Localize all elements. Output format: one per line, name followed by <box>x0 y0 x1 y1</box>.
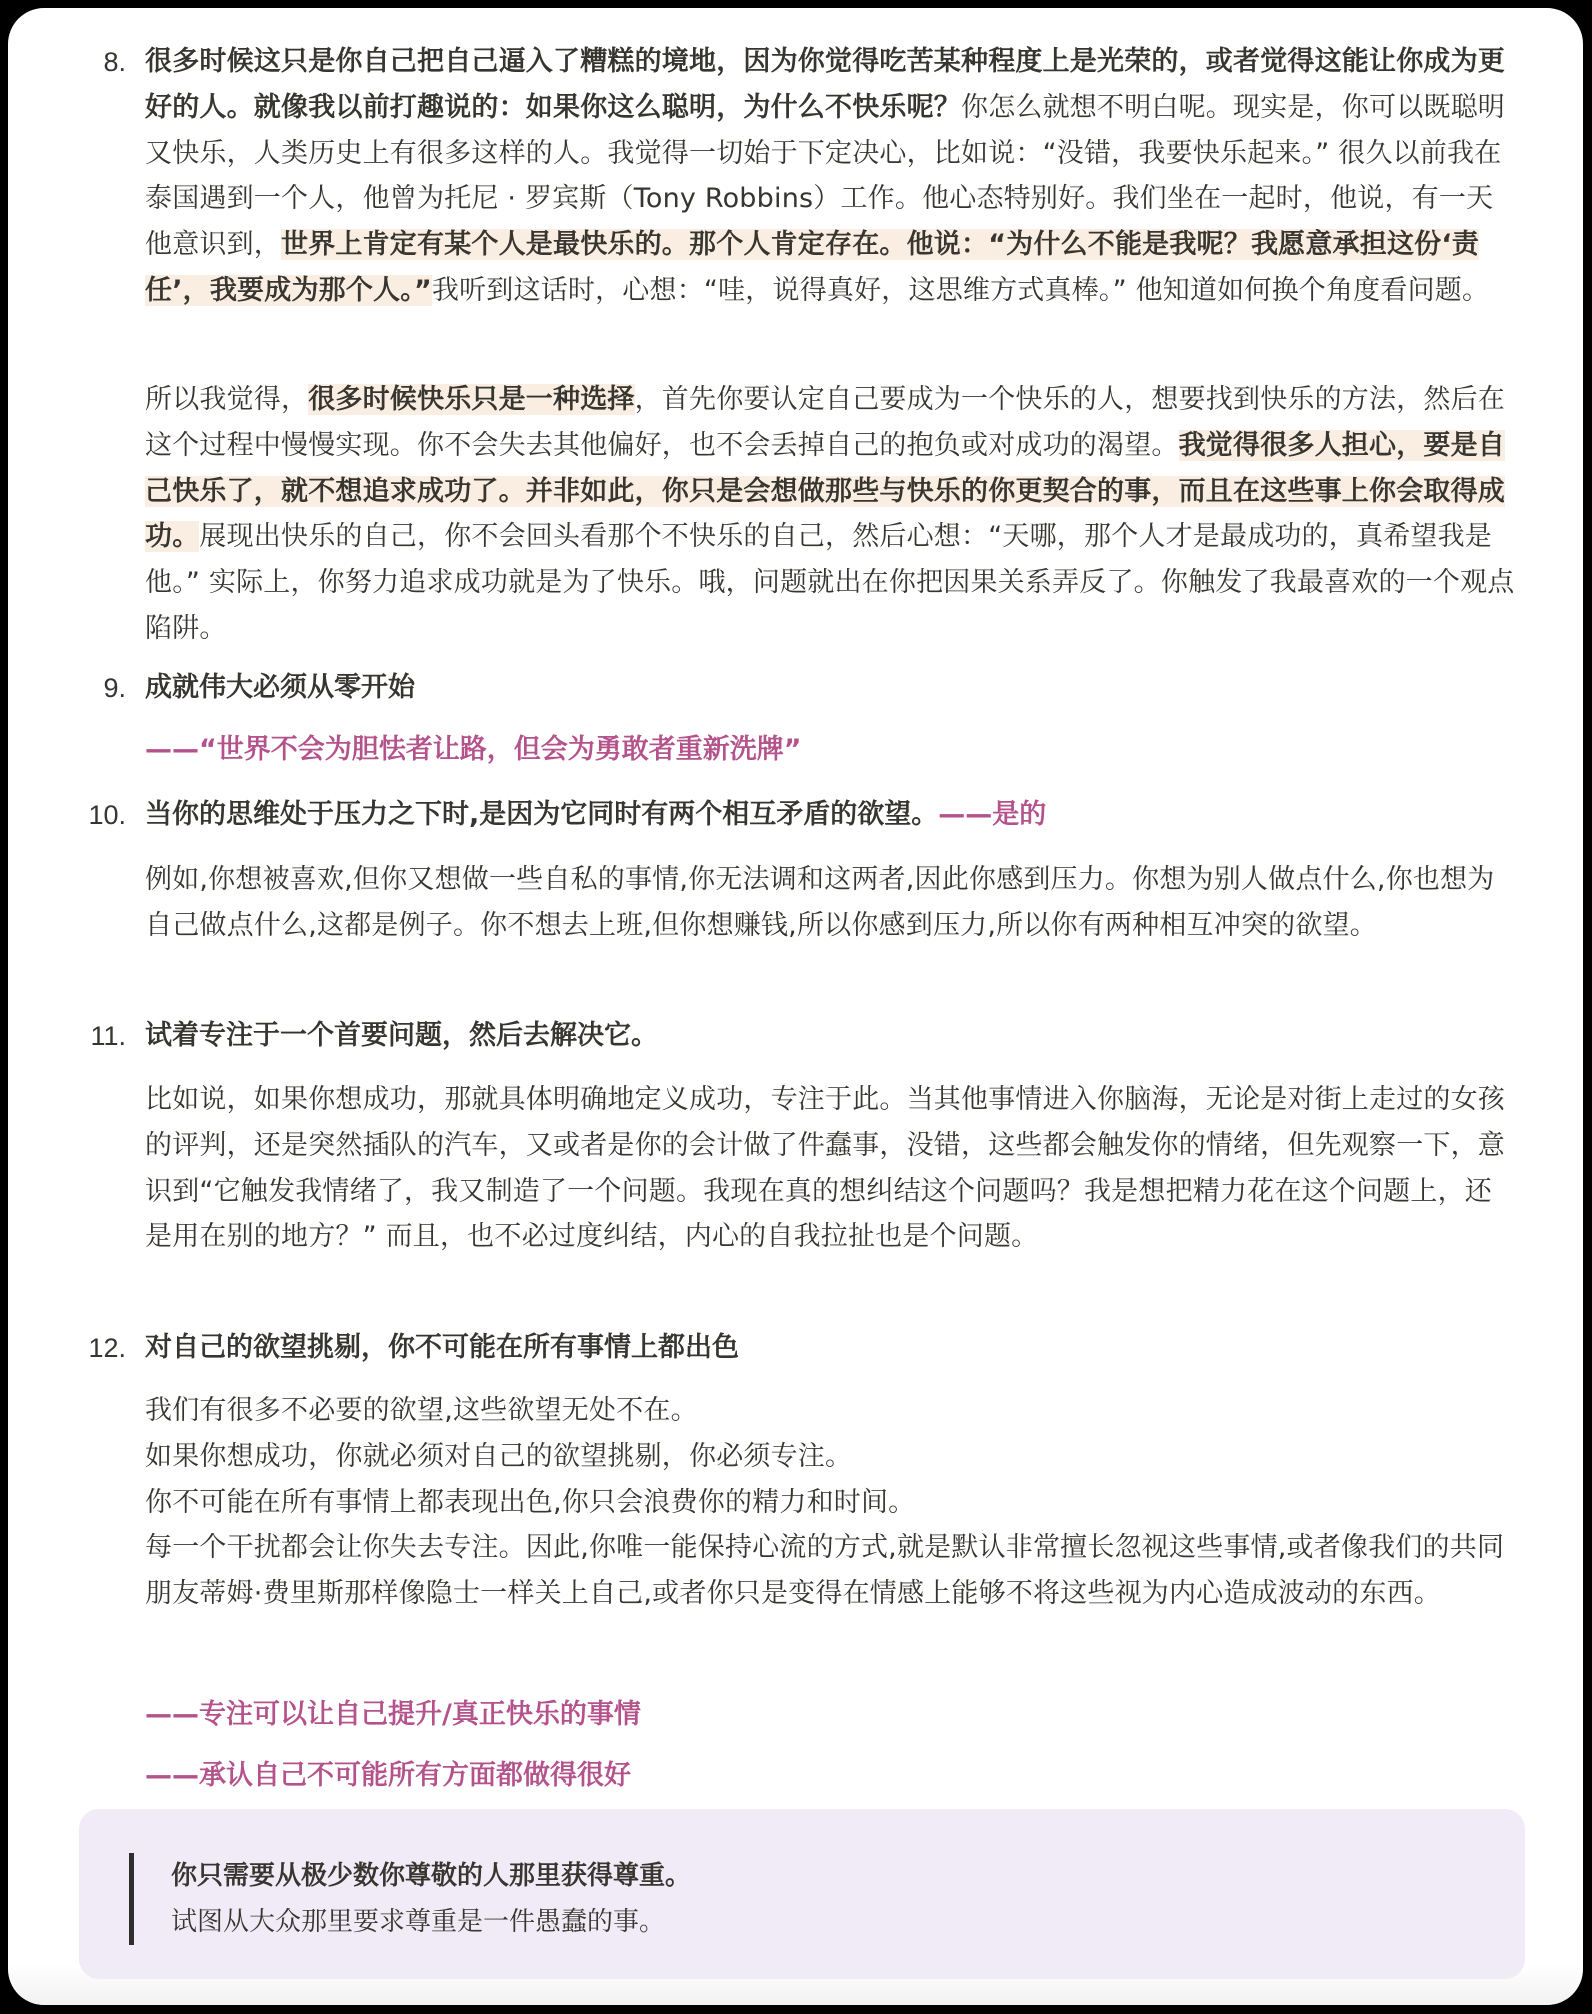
list-number: 8. <box>8 39 126 85</box>
pink-note: ——是的 <box>938 799 1046 830</box>
body-line: 每一个干扰都会让你失去专注。因此,你唯一能保持心流的方式,就是默认非常擅长忽视这… <box>145 1525 1515 1617</box>
item-8-paragraph-2: 所以我觉得，很多时候快乐只是一种选择，首先你要认定自己要成为一个快乐的人，想要找… <box>145 377 1515 652</box>
list-number: 12. <box>8 1325 126 1371</box>
list-number: 10. <box>8 792 126 838</box>
highlighted-text: 很多时候快乐只是一种选择 <box>308 384 634 415</box>
item-body: 例如,你想被喜欢,但你又想做一些自私的事情,你无法调和这两者,因此你感到压力。你… <box>145 857 1515 949</box>
item-8-paragraph-1: 很多时候这只是你自己把自己逼入了糟糕的境地，因为你觉得吃苦某种程度上是光荣的，或… <box>145 39 1515 314</box>
title-text: 当你的思维处于压力之下时,是因为它同时有两个相互矛盾的欲望。 <box>145 799 938 830</box>
item-title: 试着专注于一个首要问题，然后去解决它。 <box>145 1013 1515 1059</box>
list-number: 11. <box>8 1013 126 1059</box>
quote-line-1: 你只需要从极少数你尊敬的人那里获得尊重。 <box>171 1853 691 1899</box>
pink-note: ——承认自己不可能所有方面都做得很好 <box>145 1753 1515 1799</box>
pink-note: ——“世界不会为胆怯者让路，但会为勇敢者重新洗牌” <box>145 727 1515 773</box>
list-number: 9. <box>8 665 126 711</box>
body-text: 我听到这话时，心想：“哇，说得真好，这思维方式真棒。” 他知道如何换个角度看问题… <box>432 275 1489 306</box>
quote-callout: 你只需要从极少数你尊敬的人那里获得尊重。 试图从大众那里要求尊重是一件愚蠢的事。 <box>79 1809 1525 1979</box>
body-text: 展现出快乐的自己，你不会回头看那个不快乐的自己，然后心想：“天哪，那个人才是最成… <box>145 521 1514 644</box>
quote-text: 你只需要从极少数你尊敬的人那里获得尊重。 试图从大众那里要求尊重是一件愚蠢的事。 <box>171 1853 691 1945</box>
body-line: 如果你想成功，你就必须对自己的欲望挑剔，你必须专注。 <box>145 1434 1515 1480</box>
document-card: 8. 很多时候这只是你自己把自己逼入了糟糕的境地，因为你觉得吃苦某种程度上是光荣… <box>8 8 1583 2005</box>
item-title: 成就伟大必须从零开始 <box>145 665 1515 711</box>
item-body: 比如说，如果你想成功，那就具体明确地定义成功，专注于此。当其他事情进入你脑海，无… <box>145 1077 1515 1260</box>
body-text: 所以我觉得， <box>145 384 308 415</box>
quote-line-2: 试图从大众那里要求尊重是一件愚蠢的事。 <box>171 1899 691 1945</box>
body-line: 我们有很多不必要的欲望,这些欲望无处不在。 <box>145 1388 1515 1434</box>
pink-note: ——专注可以让自己提升/真正快乐的事情 <box>145 1692 1515 1738</box>
item-body: 我们有很多不必要的欲望,这些欲望无处不在。 如果你想成功，你就必须对自己的欲望挑… <box>145 1388 1515 1617</box>
item-title: 对自己的欲望挑剔，你不可能在所有事情上都出色 <box>145 1325 1515 1371</box>
quote-bar <box>129 1853 134 1945</box>
item-title: 当你的思维处于压力之下时,是因为它同时有两个相互矛盾的欲望。——是的 <box>145 792 1515 838</box>
body-line: 你不可能在所有事情上都表现出色,你只会浪费你的精力和时间。 <box>145 1480 1515 1526</box>
